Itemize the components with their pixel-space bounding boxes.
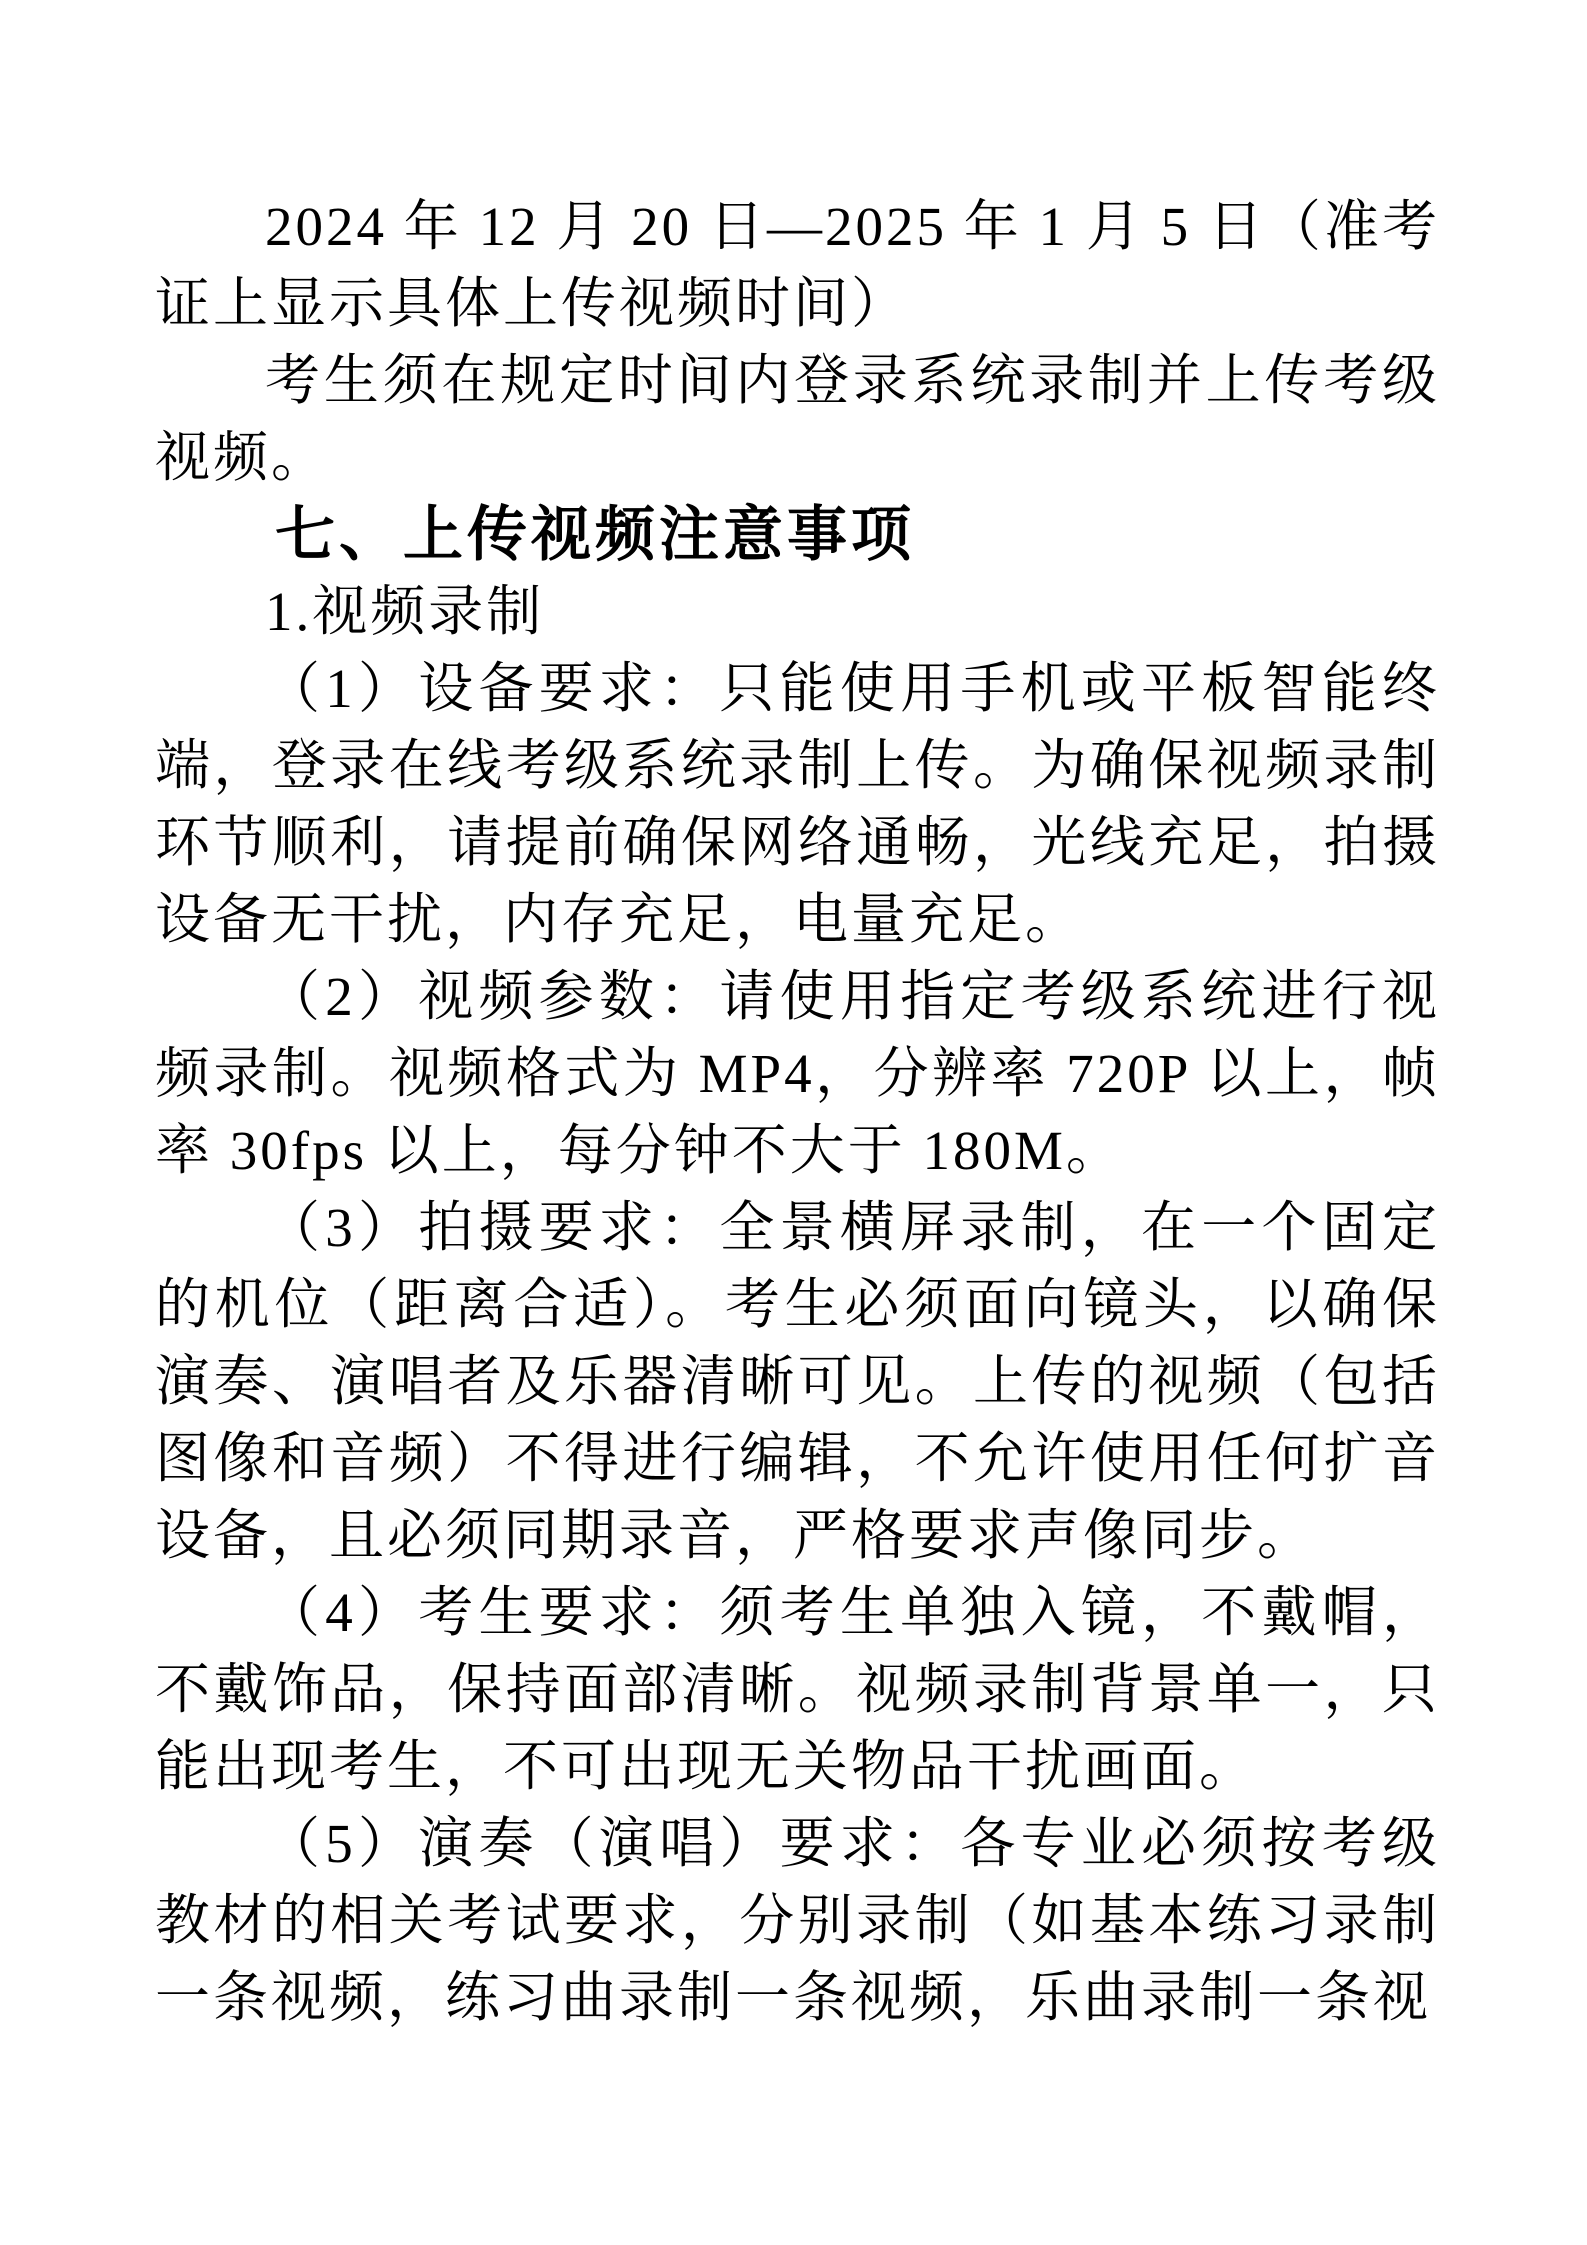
- paragraph-shooting-requirements: （3）拍摄要求：全景横屏录制，在一个固定的机位（距离合适）。考生必须面向镜头，以…: [155, 1189, 1440, 1574]
- paragraph-candidate-requirements: （4）考生要求：须考生单独入镜，不戴帽，不戴饰品，保持面部清晰。视频录制背景单一…: [155, 1574, 1440, 1805]
- document-page: 2024 年 12 月 20 日—2025 年 1 月 5 日（准考证上显示具体…: [0, 0, 1587, 2245]
- paragraph-device-requirements: （1）设备要求：只能使用手机或平板智能终端，登录在线考级系统录制上传。为确保视频…: [155, 650, 1440, 958]
- text-content: 2024 年 12 月 20 日—2025 年 1 月 5 日（准考证上显示具体…: [155, 188, 1440, 2036]
- paragraph-upload-dates: 2024 年 12 月 20 日—2025 年 1 月 5 日（准考证上显示具体…: [155, 188, 1440, 342]
- section-heading-upload-notes: 七、上传视频注意事项: [155, 496, 1440, 573]
- paragraph-login-requirement: 考生须在规定时间内登录系统录制并上传考级视频。: [155, 342, 1440, 496]
- paragraph-performance-requirements: （5）演奏（演唱）要求：各专业必须按考级教材的相关考试要求，分别录制（如基本练习…: [155, 1805, 1440, 2036]
- paragraph-item-1-video-recording: 1.视频录制: [155, 573, 1440, 650]
- paragraph-video-parameters: （2）视频参数：请使用指定考级系统进行视频录制。视频格式为 MP4，分辨率 72…: [155, 958, 1440, 1189]
